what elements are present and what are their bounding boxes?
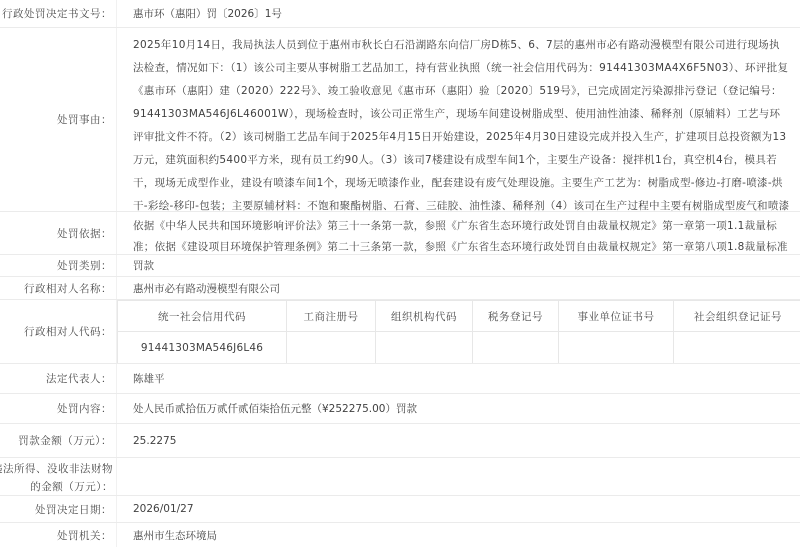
party-codes-table: 统一社会信用代码 工商注册号 组织机构代码 税务登记号 事业单位证书号 社会组织… <box>117 300 800 363</box>
cell-business-reg-no <box>287 332 376 364</box>
confiscation-amount-label: 没收违法所得、没收非法财物的金额（万元）： <box>0 458 117 495</box>
cell-institution-cert-no <box>559 332 674 364</box>
penalty-authority-value: 惠州市生态环境局 <box>117 523 800 547</box>
header-business-reg-no: 工商注册号 <box>287 301 376 332</box>
penalty-reason-value: 2025年10月14日，我局执法人员到位于惠州市秋长白石沿湖路东向信厂房D栋5、… <box>117 28 800 211</box>
legal-representative-label: 法定代表人： <box>0 364 117 393</box>
row-party-codes: 行政相对人代码： 统一社会信用代码 工商注册号 组织机构代码 税务登记号 事业单… <box>0 300 800 364</box>
cell-credit-code: 91441303MA546J6L46 <box>118 332 287 364</box>
row-penalty-type: 处罚类别： 罚款 <box>0 255 800 277</box>
header-org-code: 组织机构代码 <box>376 301 473 332</box>
fine-amount-value: 25.2275 <box>117 424 800 457</box>
cell-org-code <box>376 332 473 364</box>
document-number-label: 行政处罚决定书文号： <box>0 0 117 27</box>
row-legal-representative: 法定代表人： 陈雄平 <box>0 364 800 394</box>
cell-tax-reg-no <box>473 332 559 364</box>
party-name-label: 行政相对人名称： <box>0 277 117 299</box>
header-social-org-cert-no: 社会组织登记证号 <box>674 301 800 332</box>
row-penalty-reason: 处罚事由： 2025年10月14日，我局执法人员到位于惠州市秋长白石沿湖路东向信… <box>0 28 800 212</box>
row-confiscation-amount: 没收违法所得、没收非法财物的金额（万元）： <box>0 458 800 496</box>
penalty-type-value: 罚款 <box>117 255 800 276</box>
penalty-type-label: 处罚类别： <box>0 255 117 276</box>
table-value-row: 91441303MA546J6L46 <box>118 332 800 364</box>
row-document-number: 行政处罚决定书文号： 惠市环（惠阳）罚〔2026〕1号 <box>0 0 800 28</box>
penalty-content-value: 处人民币贰拾伍万贰仟贰佰柒拾伍元整（¥252275.00）罚款 <box>117 394 800 423</box>
document-number-value: 惠市环（惠阳）罚〔2026〕1号 <box>117 0 800 27</box>
penalty-basis-label: 处罚依据： <box>0 212 117 254</box>
party-codes-label: 行政相对人代码： <box>0 300 117 363</box>
penalty-reason-label: 处罚事由： <box>0 28 117 211</box>
row-penalty-content: 处罚内容： 处人民币贰拾伍万贰仟贰佰柒拾伍元整（¥252275.00）罚款 <box>0 394 800 424</box>
row-penalty-basis: 处罚依据： 依据《中华人民共和国环境影响评价法》第三十一条第一款，参照《广东省生… <box>0 212 800 255</box>
header-tax-reg-no: 税务登记号 <box>473 301 559 332</box>
fine-amount-label: 罚款金额（万元）： <box>0 424 117 457</box>
confiscation-amount-label-text: 没收违法所得、没收非法财物的金额（万元）： <box>0 460 113 496</box>
legal-representative-value: 陈雄平 <box>117 364 800 393</box>
row-party-name: 行政相对人名称： 惠州市必有路动漫模型有限公司 <box>0 277 800 300</box>
row-penalty-authority: 处罚机关： 惠州市生态环境局 <box>0 523 800 547</box>
penalty-record-page: 行政处罚决定书文号： 惠市环（惠阳）罚〔2026〕1号 处罚事由： 2025年1… <box>0 0 800 547</box>
confiscation-amount-value <box>117 458 800 495</box>
decision-date-value: 2026/01/27 <box>117 496 800 522</box>
penalty-basis-value: 依据《中华人民共和国环境影响评价法》第三十一条第一款，参照《广东省生态环境行政处… <box>117 212 800 254</box>
header-institution-cert-no: 事业单位证书号 <box>559 301 674 332</box>
party-codes-table-wrap: 统一社会信用代码 工商注册号 组织机构代码 税务登记号 事业单位证书号 社会组织… <box>117 300 800 363</box>
table-header-row: 统一社会信用代码 工商注册号 组织机构代码 税务登记号 事业单位证书号 社会组织… <box>118 301 800 332</box>
party-name-value: 惠州市必有路动漫模型有限公司 <box>117 277 800 299</box>
row-fine-amount: 罚款金额（万元）： 25.2275 <box>0 424 800 458</box>
penalty-content-label: 处罚内容： <box>0 394 117 423</box>
decision-date-label: 处罚决定日期： <box>0 496 117 522</box>
penalty-authority-label: 处罚机关： <box>0 523 117 547</box>
row-decision-date: 处罚决定日期： 2026/01/27 <box>0 496 800 523</box>
header-credit-code: 统一社会信用代码 <box>118 301 287 332</box>
cell-social-org-cert-no <box>674 332 800 364</box>
